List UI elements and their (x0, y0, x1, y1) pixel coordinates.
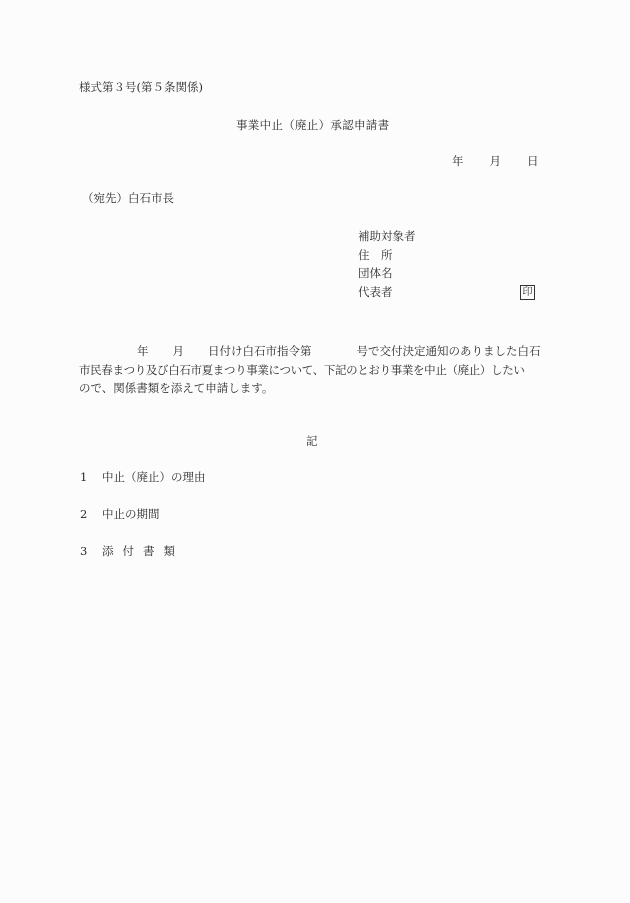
representative-label: 代表者 (358, 285, 393, 299)
form-number: 様式第３号(第５条関係) (79, 82, 203, 94)
item-number: 2 (80, 509, 102, 521)
item-label: 中止の期間 (102, 507, 160, 521)
date-line: 年月日 (452, 156, 539, 168)
list-item: 1中止（廃止）の理由 (80, 472, 206, 509)
item-label: 中止（廃止）の理由 (102, 470, 206, 484)
body-month: 月 (173, 344, 185, 358)
body-day-text: 日付け白石市指令第 (208, 344, 312, 358)
ki-heading: 記 (306, 436, 318, 448)
applicant-block: 補助対象者 住 所 団体名 代表者 印 (358, 231, 416, 305)
date-month-label: 月 (490, 156, 502, 168)
seal-icon: 印 (520, 285, 535, 300)
list-item: 2中止の期間 (80, 509, 206, 546)
date-year-label: 年 (452, 156, 464, 168)
body-line-3: ので、関係書類を添えて申請します。 (79, 379, 549, 398)
item-list: 1中止（廃止）の理由 2中止の期間 3添付書類 (80, 472, 206, 583)
body-line1-rest: 号で交付決定通知のありました白石 (357, 344, 541, 358)
body-paragraph: 年月日付け白石市指令第号で交付決定通知のありました白石 市民春まつり及び白石市夏… (79, 342, 549, 398)
list-item: 3添付書類 (80, 546, 206, 583)
item-number: 3 (80, 546, 102, 558)
item-label: 添付書類 (102, 544, 184, 558)
addressee: （宛先）白石市長 (82, 193, 174, 205)
body-line-2: 市民春まつり及び白石市夏まつり事業について、下記のとおり事業を中止（廃止）したい (79, 361, 549, 380)
body-line-1: 年月日付け白石市指令第号で交付決定通知のありました白石 (79, 342, 549, 361)
date-day-label: 日 (527, 156, 539, 168)
applicant-heading: 補助対象者 (358, 231, 416, 250)
representative-row: 代表者 印 (358, 287, 416, 306)
item-number: 1 (80, 472, 102, 484)
document-title: 事業中止（廃止）承認申請書 (236, 120, 389, 132)
body-year: 年 (137, 344, 149, 358)
